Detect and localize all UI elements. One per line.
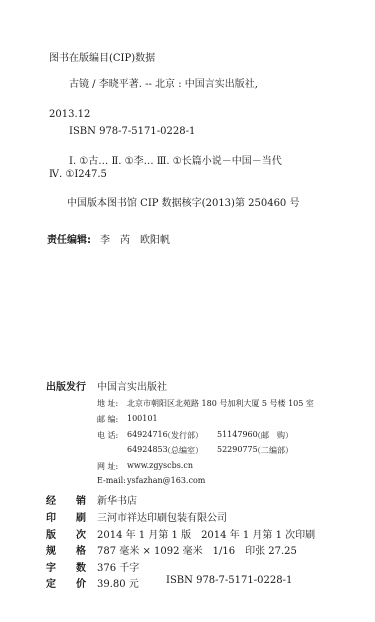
detail-label: 字 bbox=[46, 559, 56, 574]
detail-label: 销 bbox=[76, 492, 86, 507]
detail-label: 刷 bbox=[76, 509, 86, 524]
detail-label: 印 bbox=[46, 509, 56, 524]
detail-value: 新华书店 bbox=[97, 492, 137, 507]
detail-value: 2014 年 1 月第 1 版 2014 年 1 月第 1 次印刷 bbox=[97, 526, 315, 541]
detail-label: 版 bbox=[46, 526, 56, 541]
cip-classification-2: Ⅳ. ①I247.5 bbox=[49, 169, 107, 180]
phone-number: 51147960 bbox=[217, 430, 258, 439]
address-label: 地 址: bbox=[97, 398, 118, 409]
cip-number: 中国版本图书馆 CIP 数据核字(2013)第 250460 号 bbox=[67, 194, 299, 209]
postcode-value: 100101 bbox=[127, 414, 158, 423]
cip-classification-1: Ⅰ. ①古… Ⅱ. ①李… Ⅲ. ①长篇小说－中国－当代 bbox=[69, 152, 282, 167]
footer-isbn: ISBN 978-7-5171-0228-1 bbox=[166, 575, 292, 586]
detail-value: 376 千字 bbox=[97, 559, 139, 574]
publisher-label: 出版发行 bbox=[46, 378, 86, 393]
cip-heading: 图书在版编目(CIP)数据 bbox=[49, 49, 155, 64]
detail-value: 39.80 元 bbox=[97, 575, 139, 590]
detail-label: 次 bbox=[76, 526, 86, 541]
phone-number: 64924716 bbox=[127, 430, 168, 439]
detail-label: 定 bbox=[46, 575, 56, 590]
phone-dept: （邮 购） bbox=[253, 430, 293, 441]
email-label: E-mail: bbox=[97, 476, 126, 485]
address-value: 北京市朝阳区北苑路 180 号加利大厦 5 号楼 105 室 bbox=[127, 398, 314, 409]
detail-label: 数 bbox=[76, 559, 86, 574]
cip-date: 2013.12 bbox=[49, 109, 90, 120]
cip-isbn: ISBN 978-7-5171-0228-1 bbox=[69, 126, 195, 137]
phone-dept: （总编室） bbox=[163, 445, 203, 456]
website-label: 网 址: bbox=[97, 461, 118, 472]
publisher-name: 中国言实出版社 bbox=[97, 378, 167, 393]
website-link[interactable]: www.zgyscbs.cn bbox=[127, 461, 193, 470]
detail-value: 787 毫米 × 1092 毫米 1/16 印张 27.25 bbox=[97, 542, 297, 557]
detail-label: 经 bbox=[46, 492, 56, 507]
phone-dept: （二编部） bbox=[253, 445, 293, 456]
detail-label: 规 bbox=[46, 542, 56, 557]
phone-number: 52290775 bbox=[217, 445, 258, 454]
postcode-label: 邮 编: bbox=[97, 414, 118, 425]
cip-title-line: 古镜 / 李晓平著. -- 北京 : 中国言实出版社, bbox=[69, 75, 258, 90]
email-link[interactable]: ysfazhan@163.com bbox=[127, 476, 205, 485]
phone-label: 电 话: bbox=[97, 430, 118, 441]
phone-number: 64924853 bbox=[127, 445, 168, 454]
detail-label: 格 bbox=[76, 542, 86, 557]
detail-label: 价 bbox=[76, 575, 86, 590]
editor-label: 责任编辑: bbox=[47, 231, 91, 246]
detail-value: 三河市祥达印刷包装有限公司 bbox=[97, 509, 227, 524]
editor-names: 李 芮 欧阳帆 bbox=[100, 231, 170, 246]
phone-dept: （发行部） bbox=[163, 430, 203, 441]
